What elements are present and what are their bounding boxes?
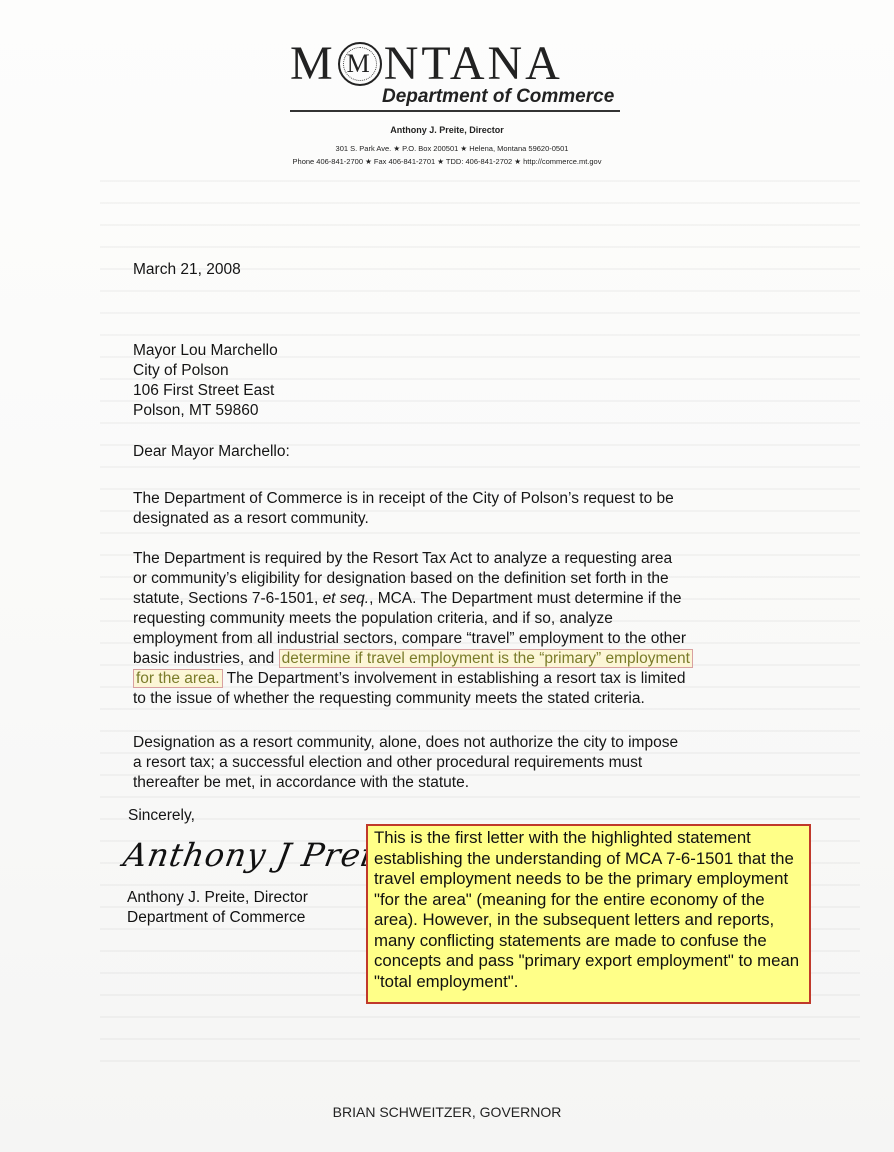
recipient-name: Mayor Lou Marchello xyxy=(133,341,278,361)
signer-block: Anthony J. Preite, Director Department o… xyxy=(127,888,308,928)
highlighted-statement: determine if travel employment is the “p… xyxy=(279,649,693,668)
montana-seal-icon: M xyxy=(338,42,382,86)
director-line: Anthony J. Preite, Director xyxy=(0,125,894,135)
signer-name: Anthony J. Preite, Director xyxy=(127,888,308,908)
closing: Sincerely, xyxy=(128,806,195,826)
letter-page: M M NTANA Department of Commerce Anthony… xyxy=(0,0,894,1152)
signer-department: Department of Commerce xyxy=(127,908,308,928)
state-wordmark: M M NTANA xyxy=(290,40,630,88)
paragraph-2: The Department is required by the Resort… xyxy=(133,549,793,709)
letterhead-rule xyxy=(290,110,620,112)
governor-footer: BRIAN SCHWEITZER, GOVERNOR xyxy=(0,1104,894,1120)
letter-date: March 21, 2008 xyxy=(133,260,241,280)
highlighted-statement-end: for the area. xyxy=(133,669,223,688)
letterhead-logo: M M NTANA Department of Commerce xyxy=(290,40,630,88)
annotation-callout: This is the first letter with the highli… xyxy=(366,824,811,1004)
paragraph-3: Designation as a resort community, alone… xyxy=(133,733,793,793)
address-line: 301 S. Park Ave. ★ P.O. Box 200501 ★ Hel… xyxy=(0,144,894,153)
paragraph-1: The Department of Commerce is in receipt… xyxy=(133,489,793,529)
recipient-city: Polson, MT 59860 xyxy=(133,401,278,421)
recipient-street: 106 First Street East xyxy=(133,381,278,401)
contact-line: Phone 406-841-2700 ★ Fax 406-841-2701 ★ … xyxy=(0,157,894,166)
recipient-org: City of Polson xyxy=(133,361,278,381)
department-name: Department of Commerce xyxy=(382,86,614,108)
recipient-address: Mayor Lou Marchello City of Polson 106 F… xyxy=(133,341,278,421)
salutation: Dear Mayor Marchello: xyxy=(133,442,290,462)
